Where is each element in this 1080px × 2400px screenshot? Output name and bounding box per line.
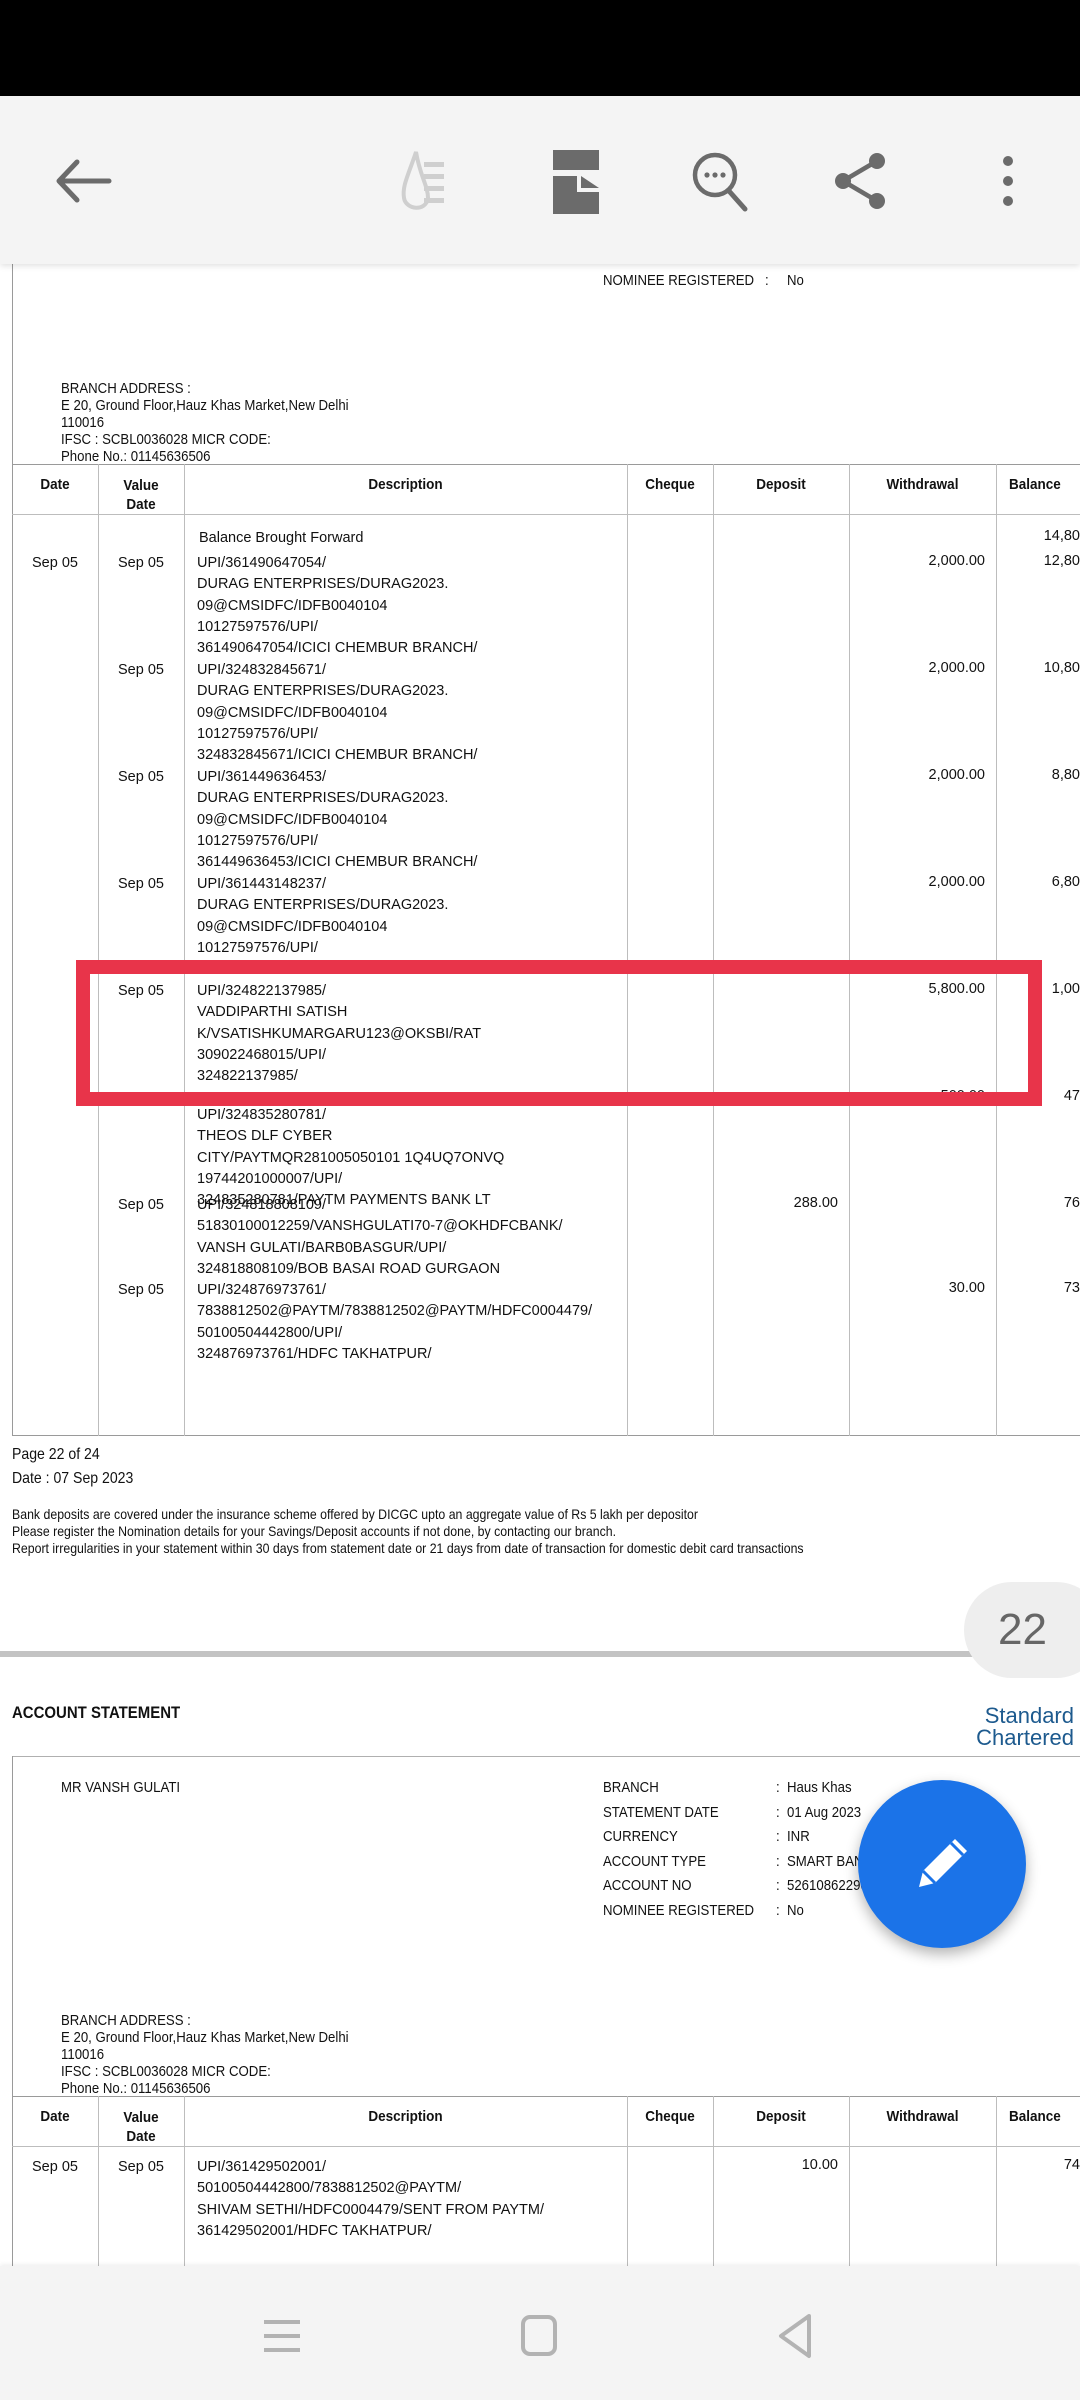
transaction-withdrawal: 2,000.00 (849, 874, 985, 890)
account-info-label: ACCOUNT NO (603, 1875, 691, 1896)
edit-pencil-icon (907, 1829, 977, 1899)
colon: : (765, 270, 769, 291)
account-info-value: INR (787, 1826, 810, 1847)
transaction-date: Sep 05 (32, 553, 78, 574)
account-info-value: 52610862290 (787, 1875, 868, 1896)
back-arrow-icon[interactable] (48, 146, 118, 216)
transaction-description: UPI/361449636453/ DURAG ENTERPRISES/DURA… (197, 767, 477, 873)
transaction-description: UPI/324832845671/ DURAG ENTERPRISES/DURA… (197, 660, 477, 766)
transaction-balance: 74 (1064, 2157, 1080, 2173)
highlight-annotation-box[interactable] (76, 960, 1042, 1106)
column-header-description: Description (206, 476, 605, 493)
transaction-value-date: Sep 05 (118, 1195, 164, 1216)
column-header-description: Description (206, 2108, 605, 2125)
bank-logo-line2: Chartered (976, 1727, 1074, 1749)
share-icon[interactable] (826, 146, 896, 216)
branch-address-line2: 110016 (61, 2046, 104, 2063)
transaction-value-date: Sep 05 (118, 660, 164, 681)
reading-mode-icon[interactable] (398, 146, 468, 216)
transaction-value-date: Sep 05 (118, 874, 164, 895)
back-icon[interactable] (755, 2296, 835, 2376)
transaction-balance: 73 (1064, 1280, 1080, 1296)
transaction-balance: 6,80 (1052, 874, 1080, 890)
bank-logo: Standard Chartered (976, 1705, 1074, 1749)
colon: : (776, 1900, 780, 1921)
page-number-indicator: 22 (964, 1582, 1080, 1678)
branch-phone: Phone No.: 01145636506 (61, 448, 210, 465)
transaction-withdrawal: 2,000.00 (849, 553, 985, 569)
branch-address-line1: E 20, Ground Floor,Hauz Khas Market,New … (61, 2029, 349, 2046)
pdf-page-23: ACCOUNT STATEMENT Standard Chartered MR … (0, 1657, 1080, 2266)
system-navigation-bar (0, 2266, 1080, 2400)
column-header-date: Date (16, 476, 93, 493)
branch-ifsc: IFSC : SCBL0036028 MICR CODE: (61, 431, 271, 448)
column-header-date: Date (16, 2108, 93, 2125)
account-info-label: NOMINEE REGISTERED (603, 1900, 754, 1921)
home-icon[interactable] (499, 2296, 579, 2376)
edit-fab-button[interactable] (858, 1780, 1026, 1948)
more-options-icon[interactable] (973, 146, 1043, 216)
page-layout-icon[interactable] (541, 146, 611, 216)
transaction-balance: 47 (1064, 1088, 1080, 1104)
column-header-balance: Balance (1009, 2108, 1080, 2125)
column-header-cheque: Cheque (631, 2108, 708, 2125)
customer-name: MR VANSH GULATI (61, 1777, 180, 1798)
recent-apps-icon[interactable] (242, 2296, 322, 2376)
branch-ifsc: IFSC : SCBL0036028 MICR CODE: (61, 2063, 271, 2080)
colon: : (776, 1777, 780, 1798)
page-border (12, 264, 13, 1436)
footer-note-2: Please register the Nomination details f… (12, 1523, 616, 1540)
branch-phone: Phone No.: 01145636506 (61, 2080, 210, 2097)
transaction-value-date: Sep 05 (118, 767, 164, 788)
pdf-viewer[interactable]: NOMINEE REGISTERED : No BRANCH ADDRESS :… (0, 264, 1080, 2266)
branch-address-label: BRANCH ADDRESS : (61, 2012, 191, 2029)
status-bar (0, 0, 1080, 96)
column-header-cheque: Cheque (631, 476, 708, 493)
account-info-label: ACCOUNT TYPE (603, 1851, 706, 1872)
transaction-deposit: 10.00 (713, 2157, 838, 2173)
column-header-balance: Balance (1009, 476, 1080, 493)
pdf-page-22: NOMINEE REGISTERED : No BRANCH ADDRESS :… (0, 264, 1080, 1652)
branch-address-line1: E 20, Ground Floor,Hauz Khas Market,New … (61, 397, 349, 414)
account-info-label: STATEMENT DATE (603, 1802, 719, 1823)
account-info-value: No (787, 1900, 804, 1921)
transaction-description: UPI/324818808109/ 51830100012259/VANSHGU… (197, 1195, 563, 1280)
opening-balance: 14,80 (1044, 528, 1080, 544)
page-border (12, 1756, 13, 2266)
account-info-label: CURRENCY (603, 1826, 678, 1847)
footer-note-1: Bank deposits are covered under the insu… (12, 1506, 698, 1523)
balance-brought-forward: Balance Brought Forward (199, 528, 363, 549)
branch-address-line2: 110016 (61, 414, 104, 431)
page-number-text: Page 22 of 24 (12, 1444, 100, 1465)
colon: : (776, 1851, 780, 1872)
account-info-label: BRANCH (603, 1777, 659, 1798)
column-header-withdrawal: Withdrawal (856, 2108, 988, 2125)
column-header-deposit: Deposit (720, 476, 842, 493)
colon: : (776, 1875, 780, 1896)
bank-logo-line1: Standard (976, 1705, 1074, 1727)
transaction-value-date: Sep 05 (118, 553, 164, 574)
transaction-description: UPI/361490647054/ DURAG ENTERPRISES/DURA… (197, 553, 477, 659)
transaction-description: UPI/361429502001/ 50100504442800/7838812… (197, 2157, 544, 2242)
transaction-balance: 76 (1064, 1195, 1080, 1211)
transaction-balance: 1,00 (1052, 981, 1080, 997)
nominee-registered-value: No (787, 270, 804, 291)
pdf-toolbar (0, 96, 1080, 264)
search-in-document-icon[interactable] (686, 146, 756, 216)
column-header-withdrawal: Withdrawal (856, 476, 988, 493)
transaction-withdrawal: 2,000.00 (849, 660, 985, 676)
account-info-value: Haus Khas (787, 1777, 852, 1798)
column-header-value-date: Value Date (102, 476, 179, 514)
account-statement-title: ACCOUNT STATEMENT (12, 1702, 180, 1723)
nominee-registered-label: NOMINEE REGISTERED (603, 270, 754, 291)
transaction-date: Sep 05 (32, 2157, 78, 2178)
colon: : (776, 1826, 780, 1847)
transaction-value-date: Sep 05 (118, 1280, 164, 1301)
transaction-withdrawal: 30.00 (849, 1280, 985, 1296)
transaction-balance: 12,80 (1044, 553, 1080, 569)
account-info-value: 01 Aug 2023 (787, 1802, 861, 1823)
transaction-deposit: 288.00 (713, 1195, 838, 1211)
colon: : (776, 1802, 780, 1823)
column-header-value-date: Value Date (102, 2108, 179, 2146)
transaction-balance: 8,80 (1052, 767, 1080, 783)
transaction-description: UPI/324876973761/ 7838812502@PAYTM/78388… (197, 1280, 592, 1365)
column-header-deposit: Deposit (720, 2108, 842, 2125)
transaction-withdrawal: 2,000.00 (849, 767, 985, 783)
transaction-value-date: Sep 05 (118, 2157, 164, 2178)
statement-date-text: Date : 07 Sep 2023 (12, 1468, 133, 1489)
branch-address-label: BRANCH ADDRESS : (61, 380, 191, 397)
footer-note-3: Report irregularities in your statement … (12, 1540, 804, 1557)
transaction-balance: 10,80 (1044, 660, 1080, 676)
